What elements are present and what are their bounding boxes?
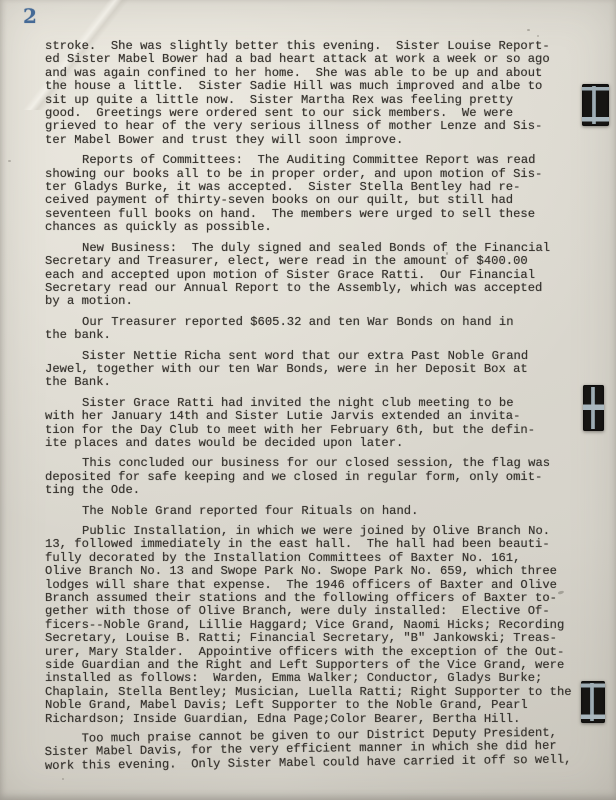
binding-fastener-bottom-icon	[581, 681, 605, 723]
document-body: stroke. She was slightly better this eve…	[45, 40, 590, 780]
page-number: 2	[23, 4, 37, 28]
paper-speck	[537, 35, 539, 37]
paragraph-treasurer-report: Our Treasurer reported $605.32 and ten W…	[45, 316, 590, 343]
binding-fastener-top-icon	[582, 84, 609, 126]
paragraph-new-business: New Business: The duly signed and sealed…	[45, 242, 590, 309]
paragraph-sick-report: stroke. She was slightly better this eve…	[45, 40, 590, 147]
paragraph-club-meetings: Sister Grace Ratti had invited the night…	[45, 397, 590, 451]
paper-speck	[8, 160, 11, 162]
paragraph-closed-session: This concluded our business for our clos…	[45, 457, 590, 497]
binding-fastener-middle-icon	[583, 385, 604, 431]
paragraph-rituals-on-hand: The Noble Grand reported four Rituals on…	[45, 505, 590, 518]
paragraph-public-installation: Public Installation, in which we were jo…	[45, 525, 590, 726]
paragraph-praise-district-deputy: Too much praise cannot be given to our D…	[45, 726, 590, 773]
paragraph-reports-of-committees: Reports of Committees: The Auditing Comm…	[45, 154, 590, 234]
paper-speck	[527, 29, 530, 31]
paragraph-nettie-richa: Sister Nettie Richa sent word that our e…	[45, 350, 590, 390]
scanned-document-page: 2 stroke. She was slightly better this e…	[0, 0, 616, 800]
